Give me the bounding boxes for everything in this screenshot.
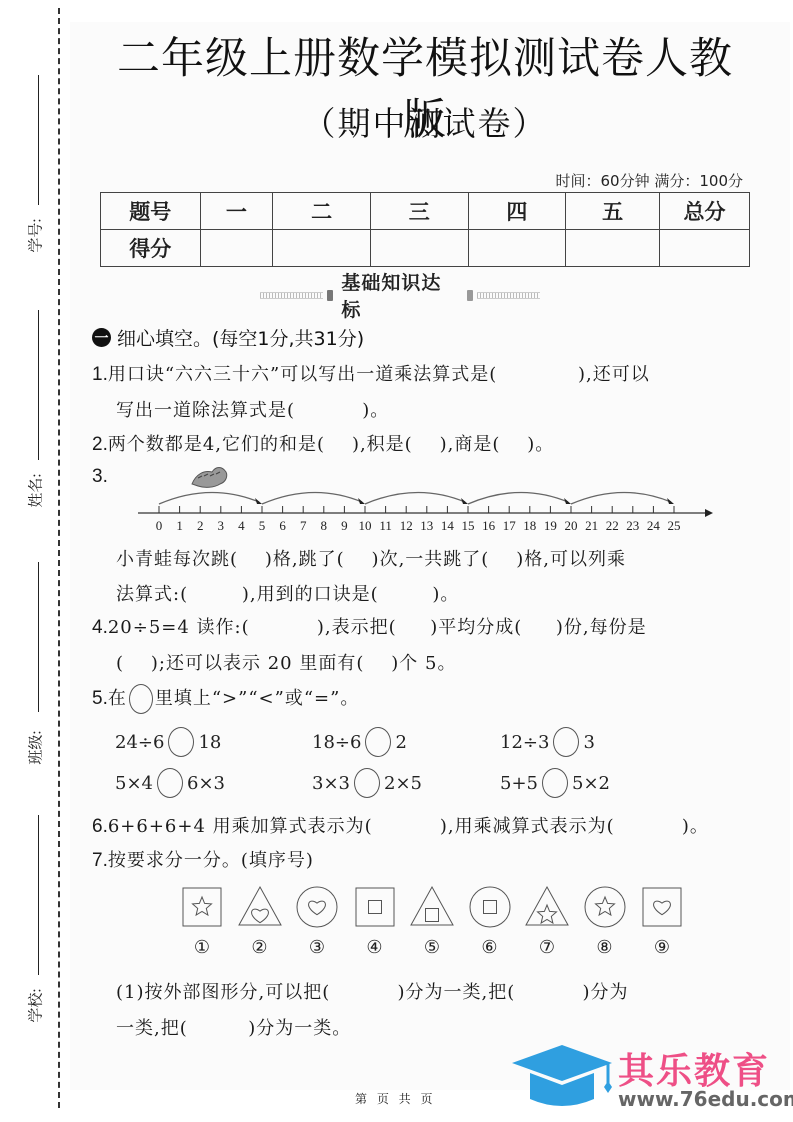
banner-right-decoration: [477, 292, 540, 299]
tick-label: 5: [259, 518, 266, 533]
question-number: 4.: [92, 617, 108, 638]
score-header-cell: 三: [370, 193, 468, 230]
circle-with-heart-icon: [295, 885, 339, 929]
shape-label: ⑧: [583, 937, 627, 958]
score-cell[interactable]: [200, 230, 273, 267]
shape-option: ③: [295, 885, 339, 958]
score-cell[interactable]: [370, 230, 468, 267]
exam-meta: 时间：60分钟 满分：100分: [556, 170, 744, 191]
shape-option: ⑤: [410, 885, 454, 958]
score-cell[interactable]: [273, 230, 371, 267]
shape-option: ①: [180, 885, 224, 958]
shape-option: ⑦: [525, 885, 569, 958]
square-with-square-icon: [353, 885, 397, 929]
tick-label: 14: [441, 518, 455, 533]
tick-label: 6: [279, 518, 286, 533]
question-5: 5.在里填上“>”“<”或“=”。: [92, 684, 359, 714]
cut-line: [58, 8, 60, 1108]
page-number: 第 页 共 页: [355, 1090, 435, 1107]
student-id-field[interactable]: 学号:: [14, 75, 44, 275]
comparison-item: 5×46×3: [115, 768, 225, 798]
circle-placeholder-icon: [129, 684, 153, 714]
question-number: 7.: [92, 850, 108, 871]
circle-with-square-icon: [468, 885, 512, 929]
tick-label: 4: [238, 518, 245, 533]
tick-label: 21: [585, 518, 598, 533]
question-2: 2.两个数都是4,它们的和是( ),积是( ),商是( )。: [92, 430, 554, 456]
question-3-text-2: 法算式:( ),用到的口诀是( )。: [116, 580, 459, 606]
tick-label: 22: [606, 518, 619, 533]
section-banner: 基础知识达标: [260, 282, 540, 308]
comparison-answer-circle[interactable]: [553, 727, 579, 757]
score-header-cell: 一: [200, 193, 273, 230]
triangle-with-star-icon: [525, 885, 569, 929]
comparison-answer-circle[interactable]: [354, 768, 380, 798]
banner-left-decoration: [260, 292, 323, 299]
score-cell[interactable]: [659, 230, 749, 267]
comparison-right: 2×5: [384, 773, 422, 794]
comparison-item: 5+55×2: [500, 768, 610, 798]
square-with-heart-icon: [640, 885, 684, 929]
comparison-answer-circle[interactable]: [542, 768, 568, 798]
page-subtitle: （期中测试卷）: [100, 98, 750, 145]
score-header-cell: 四: [468, 193, 566, 230]
tick-label: 10: [359, 518, 372, 533]
comparison-left: 3×3: [312, 773, 350, 794]
comparison-left: 24÷6: [115, 732, 164, 753]
tick-label: 16: [482, 518, 496, 533]
shape-option: ②: [238, 885, 282, 958]
tick-label: 2: [197, 518, 204, 533]
tick-label: 1: [176, 518, 183, 533]
tick-label: 19: [544, 518, 557, 533]
question-6: 6.6+6+6+4 用乘加算式表示为( ),用乘减算式表示为( )。: [92, 812, 709, 838]
question-number: 6.: [92, 816, 108, 837]
tick-label: 7: [300, 518, 307, 533]
student-id-label: 学号:: [25, 218, 46, 252]
school-field[interactable]: 学校:: [14, 815, 44, 1045]
tick-label: 25: [668, 518, 681, 533]
question-7-sub-1: (1)按外部图形分,可以把( )分为一类,把( )分为: [116, 978, 628, 1004]
jump-arrow-icon: [564, 498, 571, 504]
tick-label: 11: [379, 518, 392, 533]
comparison-left: 5×4: [115, 773, 153, 794]
score-cell[interactable]: [566, 230, 660, 267]
question-number: 5.: [92, 688, 108, 709]
jump-arrow-icon: [358, 498, 365, 504]
score-cell[interactable]: [468, 230, 566, 267]
banner-right-chip-icon: [467, 290, 474, 301]
tick-label: 18: [523, 518, 536, 533]
school-label: 学校:: [25, 988, 46, 1022]
frog-icon: [192, 468, 227, 488]
jump-arrow-icon: [255, 498, 262, 504]
score-table: 题号 一 二 三 四 五 总分 得分: [100, 192, 750, 267]
comparison-right: 2: [395, 732, 406, 753]
question-text: 里填上“>”“<”或“=”。: [155, 688, 359, 709]
part-heading: 一 细心填空。(每空1分,共31分): [92, 324, 364, 351]
comparison-left: 12÷3: [500, 732, 549, 753]
tick-label: 0: [156, 518, 163, 533]
part-number-badge: 一: [92, 328, 111, 347]
student-id-underline: [38, 75, 39, 205]
score-header-cell: 题号: [101, 193, 201, 230]
triangle-with-square-icon: [410, 885, 454, 929]
tick-label: 20: [565, 518, 578, 533]
class-underline: [38, 562, 39, 712]
question-number: 2.: [92, 434, 108, 455]
question-text: 用口诀“六六三十六”可以写出一道乘法算式是( ),还可以: [108, 364, 650, 385]
jump-arrow-icon: [461, 498, 468, 504]
score-table-header-row: 题号 一 二 三 四 五 总分: [101, 193, 750, 230]
question-text: 20÷5=4 读作:( ),表示把( )平均分成( )份,每份是: [108, 617, 647, 638]
class-label: 班级:: [25, 730, 46, 764]
shape-label: ⑤: [410, 937, 454, 958]
comparison-right: 6×3: [187, 773, 225, 794]
tick-label: 24: [647, 518, 661, 533]
tick-label: 15: [462, 518, 475, 533]
shapes-row: ①②③④⑤⑥⑦⑧⑨: [180, 885, 700, 965]
comparison-item: 24÷618: [115, 727, 221, 757]
question-number: 1.: [92, 364, 108, 385]
circle-with-star-icon: [583, 885, 627, 929]
shape-label: ②: [238, 937, 282, 958]
section-banner-title: 基础知识达标: [337, 268, 462, 322]
comparison-left: 18÷6: [312, 732, 361, 753]
shape-label: ④: [353, 937, 397, 958]
question-1-continued: 写出一道除法算式是( )。: [116, 396, 389, 422]
school-underline: [38, 815, 39, 975]
banner-left-chip-icon: [327, 290, 334, 301]
square-with-star-icon: [180, 885, 224, 929]
question-text: 6+6+6+4 用乘加算式表示为( ),用乘减算式表示为( )。: [108, 816, 709, 837]
comparison-right: 18: [198, 732, 221, 753]
shape-option: ⑥: [468, 885, 512, 958]
comparison-right: 5×2: [572, 773, 610, 794]
comparison-left: 5+5: [500, 773, 538, 794]
tick-label: 12: [400, 518, 413, 533]
shape-label: ⑨: [640, 937, 684, 958]
number-line-diagram: 0123456789101112131415161718192021222324…: [130, 460, 720, 540]
comparison-item: 18÷62: [312, 727, 407, 757]
shape-label: ⑥: [468, 937, 512, 958]
question-1: 1.用口诀“六六三十六”可以写出一道乘法算式是( ),还可以: [92, 360, 650, 386]
brand-url[interactable]: www.76edu.com: [618, 1087, 793, 1111]
brand-watermark: 其乐教育 www.76edu.com: [510, 1043, 790, 1113]
question-3-text-1: 小青蛙每次跳( )格,跳了( )次,一共跳了( )格,可以列乘: [116, 545, 626, 571]
comparison-answer-circle[interactable]: [365, 727, 391, 757]
shape-label: ⑦: [525, 937, 569, 958]
class-field[interactable]: 班级:: [14, 562, 44, 762]
question-text: 两个数都是4,它们的和是( ),积是( ),商是( )。: [108, 434, 554, 455]
comparison-item: 3×32×5: [312, 768, 422, 798]
question-text: 在: [108, 688, 127, 709]
question-number: 3.: [92, 466, 108, 487]
shape-label: ①: [180, 937, 224, 958]
question-7: 7.按要求分一分。(填序号): [92, 846, 314, 872]
part-heading-text: 细心填空。(每空1分,共31分): [117, 324, 364, 351]
name-underline: [38, 310, 39, 460]
graduation-cap-icon: [510, 1043, 620, 1113]
comparison-answer-circle[interactable]: [168, 727, 194, 757]
name-label: 姓名:: [25, 473, 46, 507]
comparison-answer-circle[interactable]: [157, 768, 183, 798]
shape-label: ③: [295, 937, 339, 958]
question-4-continued: ( );还可以表示 20 里面有( )个 5。: [116, 649, 456, 675]
shape-option: ⑧: [583, 885, 627, 958]
shape-option: ⑨: [640, 885, 684, 958]
tick-label: 9: [341, 518, 348, 533]
score-header-cell: 二: [273, 193, 371, 230]
score-header-cell: 五: [566, 193, 660, 230]
question-3: 3.: [92, 466, 108, 488]
triangle-with-heart-icon: [238, 885, 282, 929]
tick-label: 8: [321, 518, 328, 533]
question-text: 按要求分一分。(填序号): [108, 850, 314, 871]
tick-label: 17: [503, 518, 517, 533]
comparison-item: 12÷33: [500, 727, 595, 757]
score-header-cell: 总分: [659, 193, 749, 230]
shape-option: ④: [353, 885, 397, 958]
tick-label: 13: [420, 518, 433, 533]
axis-arrow-icon: [705, 509, 713, 517]
score-table-score-row: 得分: [101, 230, 750, 267]
name-field[interactable]: 姓名:: [14, 310, 44, 510]
score-row-label: 得分: [101, 230, 201, 267]
question-4: 4.20÷5=4 读作:( ),表示把( )平均分成( )份,每份是: [92, 613, 647, 639]
tick-label: 23: [626, 518, 639, 533]
tick-label: 3: [218, 518, 225, 533]
comparison-right: 3: [583, 732, 594, 753]
question-7-sub-1-continued: 一类,把( )分为一类。: [116, 1014, 351, 1040]
jump-arrow-icon: [667, 498, 674, 504]
